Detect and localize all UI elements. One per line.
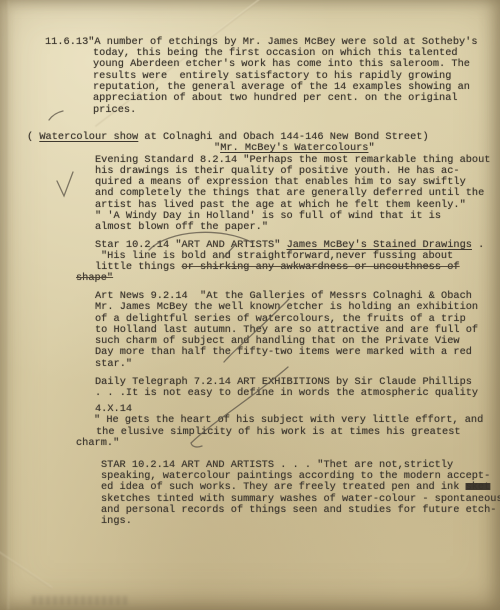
daily-telegraph-paragraph-line-2: . . .It is not easy to define in words t… xyxy=(95,388,478,399)
sothebys-etchings-paragraph-line-7: prices. xyxy=(93,105,136,116)
he-gets-the-heart-paragraph-line-3: the elusive simplicity of his work is at… xyxy=(96,427,461,438)
he-gets-the-heart-paragraph-line-4: charm." xyxy=(76,438,119,449)
watercolour-show-heading-line-2: "Mr. McBey's Watercolours" xyxy=(214,143,375,154)
star-art-and-artists-paragraph-line-3: ed idea of such works. They are freely t… xyxy=(101,482,490,493)
star-art-and-artists-paragraph-line-5: and personal records of things seen and … xyxy=(101,505,496,516)
typed-text-layer: 11.6.13"A number of etchings by Mr. Jame… xyxy=(0,0,500,610)
evening-standard-paragraph-line-4: and completely the things that are gener… xyxy=(95,188,484,199)
sothebys-etchings-paragraph-line-3: young Aberdeen etcher's work has come in… xyxy=(93,59,470,70)
typewritten-page: 11.6.13"A number of etchings by Mr. Jame… xyxy=(0,0,500,610)
sothebys-etchings-paragraph-line-6: appreciation of about two hundred per ce… xyxy=(93,93,458,104)
evening-standard-paragraph-line-7: almost blown off the paper." xyxy=(95,222,268,233)
star-art-and-artists-paragraph-line-6: ings. xyxy=(101,516,132,527)
he-gets-the-heart-paragraph-line-2: " He gets the heart of his subject with … xyxy=(94,415,483,426)
art-news-paragraph-line-7: star." xyxy=(95,359,132,370)
star-stained-drawings-paragraph-line-3: little things or shirking any awkwardnes… xyxy=(95,262,460,273)
art-news-paragraph-line-2: Mr. James McBey the well known etcher is… xyxy=(95,302,478,313)
star-stained-drawings-paragraph-line-4: shape" xyxy=(76,273,113,284)
faint-bleedthrough-mark xyxy=(32,596,128,605)
art-news-paragraph-line-6: Day more than half the fifty-two items w… xyxy=(95,347,472,358)
